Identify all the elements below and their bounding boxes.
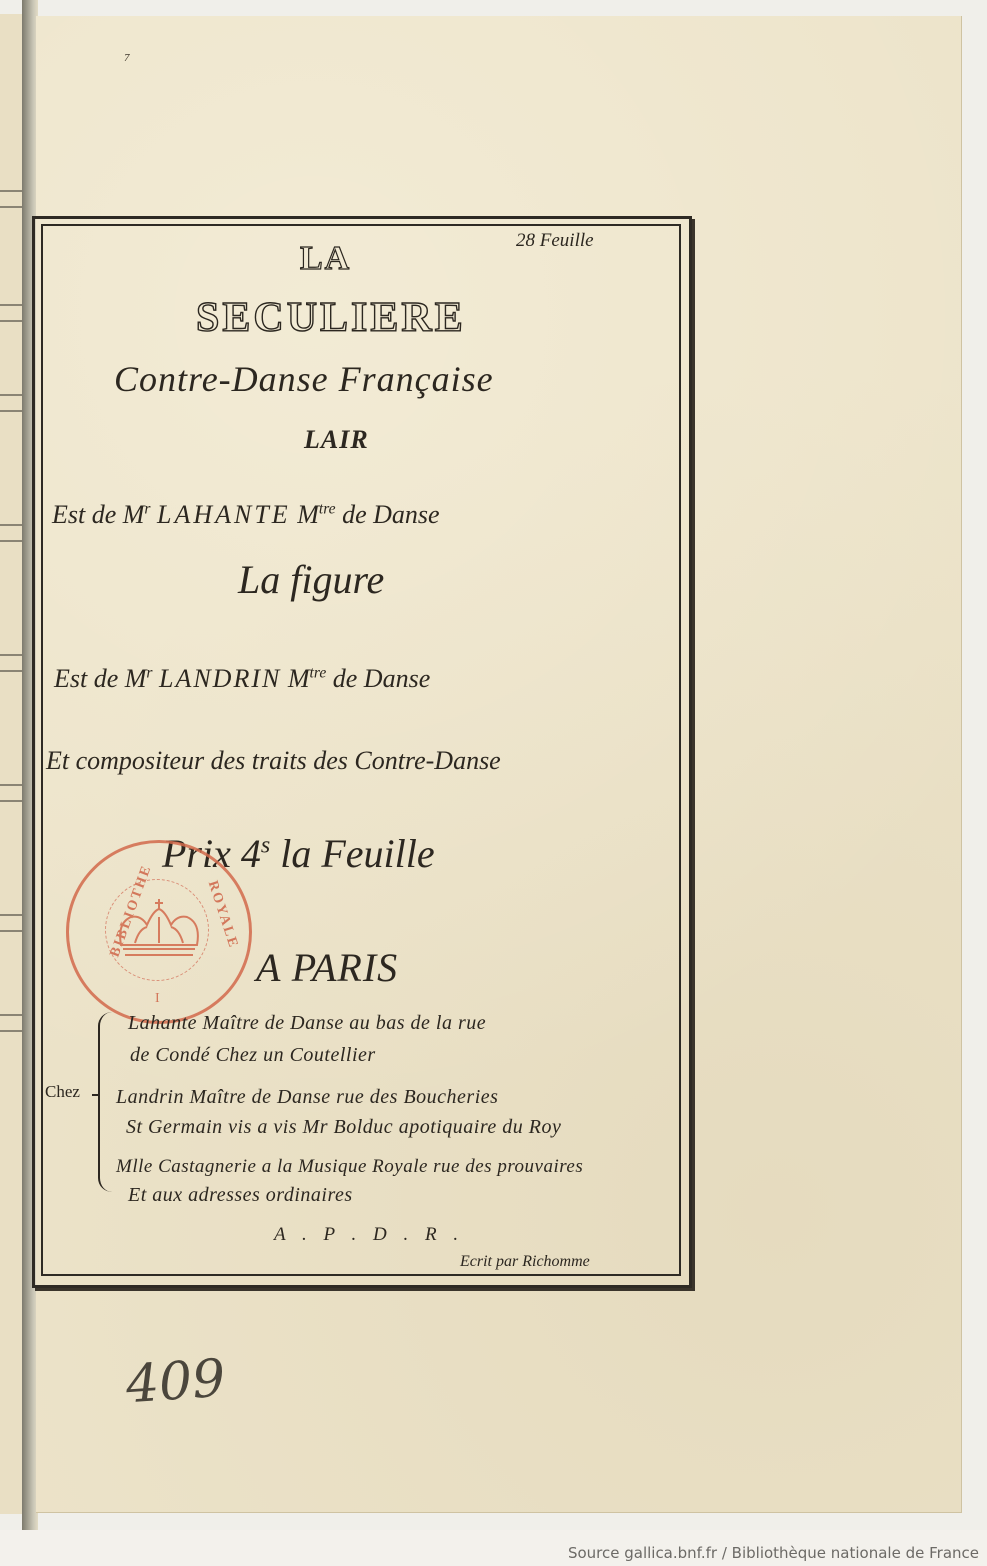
engraver-credit: Ecrit par Richomme: [460, 1253, 590, 1271]
address-line: de Condé Chez un Coutellier: [130, 1044, 376, 1067]
address-line: Lahante Maître de Danse au bas de la rue: [128, 1012, 486, 1035]
privilege-mark: A . P . D . R .: [274, 1224, 464, 1246]
page-title: SECULIERE: [196, 294, 466, 342]
address-line: St Germain vis a vis Mr Bolduc apotiquai…: [126, 1116, 561, 1139]
stamp-letter: I: [155, 991, 160, 1007]
figure-credit: Est de Mr LANDRIN Mtre de Danse: [54, 664, 430, 694]
stamp-text-right: ROYALE: [204, 879, 241, 951]
crown-icon: [113, 893, 205, 963]
address-line: Mlle Castagnerie a la Musique Royale rue…: [116, 1156, 583, 1178]
composer-line: Et compositeur des traits des Contre-Dan…: [46, 746, 501, 776]
music-staff-fragment: [0, 1014, 22, 1032]
title-article: LA: [300, 240, 351, 278]
city-heading: A PARIS: [256, 944, 398, 991]
music-staff-fragment: [0, 914, 22, 932]
figure-heading: La figure: [238, 556, 384, 603]
air-credit: Est de Mr LAHANTE Mtre de Danse: [52, 500, 440, 530]
music-staff-fragment: [0, 524, 22, 542]
address-line: Landrin Maître de Danse rue des Boucheri…: [116, 1086, 498, 1109]
chez-label: Chez: [45, 1082, 80, 1102]
page-marker: 7: [124, 52, 130, 64]
handwritten-shelfmark: 409: [124, 1349, 227, 1416]
subtitle: Contre-Danse Française: [114, 358, 494, 400]
library-stamp: BIBLIOTHE ROYALE I: [66, 840, 252, 1024]
brace-tip: [92, 1094, 100, 1104]
address-line: Et aux adresses ordinaires: [128, 1184, 353, 1207]
music-staff-fragment: [0, 304, 22, 322]
source-credit: Source gallica.bnf.fr / Bibliothèque nat…: [568, 1544, 979, 1562]
music-staff-fragment: [0, 654, 22, 672]
sheet-number: 28 Feuille: [516, 230, 594, 252]
music-staff-fragment: [0, 190, 22, 208]
music-staff-fragment: [0, 394, 22, 412]
facing-page-edge: [0, 14, 24, 1514]
music-staff-fragment: [0, 784, 22, 802]
air-heading: LAIR: [304, 425, 369, 455]
